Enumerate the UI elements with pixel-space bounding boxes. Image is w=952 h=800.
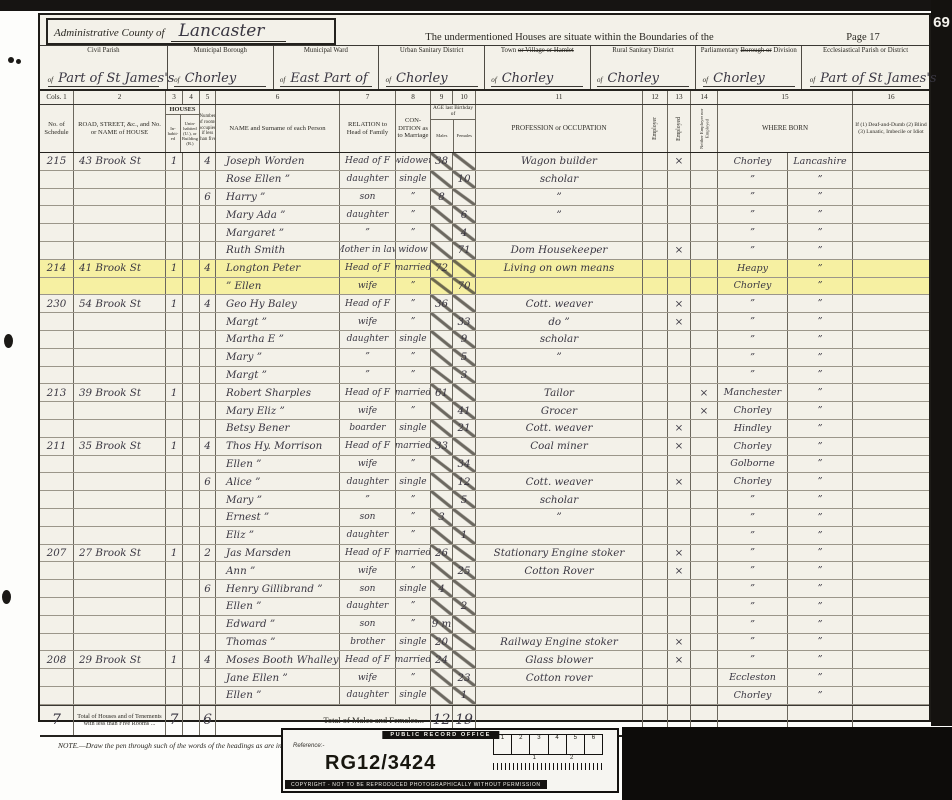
marital-condition: single [396,473,431,490]
houses-uninhabited [183,616,200,633]
houses-uninhabited [183,206,200,223]
address [74,242,166,259]
header-females: Females [454,120,476,152]
neither-mark [691,242,718,259]
houses-uninhabited [183,349,200,366]
header-inhabited: In-habit-ed [166,115,181,152]
person-name: Longton Peter [216,260,340,277]
person-name: Eliz ” [216,527,340,544]
houses-uninhabited [183,153,200,170]
relation-to-head: wife [340,456,396,473]
neither-mark [691,206,718,223]
person-name: Margt ” [216,367,340,384]
address [74,189,166,206]
relation-to-head: wife [340,669,396,686]
houses-inhabited: 1 [166,438,183,455]
houses-inhabited [166,402,183,419]
houses-uninhabited [183,224,200,241]
employed-mark [668,384,691,401]
born-place: ” [718,562,788,579]
census-row: Jane Ellen ” wife ” 23 Cotton rover Eccl… [40,669,929,687]
district-label: Rural Sanitary District [612,47,674,55]
header-rooms: Number of rooms occupied if less than fi… [200,105,216,152]
age-female: 12 [453,473,476,490]
born-county: ” [788,278,853,295]
houses-inhabited [166,242,183,259]
occupation: scholar [476,491,643,508]
born-place: Chorley [718,687,788,704]
address [74,509,166,526]
relation-to-head: Head of F [340,651,396,668]
census-row: Margt ” wife ” 33 do ” × ” ” [40,313,929,331]
district-label: Municipal Borough [194,47,247,55]
born-county: ” [788,313,853,330]
schedule-number [40,562,74,579]
age-female [453,580,476,597]
rooms-mark [200,402,216,419]
occupation: ” [476,349,643,366]
census-row: 6 Alice ” daughter single 12 Cott. weave… [40,473,929,491]
person-name: Alice ” [216,473,340,490]
born-county: ” [788,634,853,651]
age-female: 6 [453,206,476,223]
address [74,278,166,295]
marital-condition: ” [396,224,431,241]
employed-mark [668,527,691,544]
born-place: Heapy [718,260,788,277]
total-houses-label: Total of Houses and of Tenements with le… [74,706,166,735]
footer-note: NOTE.—Draw the pen through such of the w… [58,741,319,750]
relation-to-head: son [340,580,396,597]
census-row: Ernest ” son ” 3 ” ” ” [40,509,929,527]
schedule-number [40,206,74,223]
houses-inhabited [166,616,183,633]
neither-mark [691,687,718,704]
rooms-mark [200,669,216,686]
age-female: 2 [453,598,476,615]
person-name: Ernest ” [216,509,340,526]
born-county: ” [788,545,853,562]
employed-mark [668,509,691,526]
relation-to-head: brother [340,634,396,651]
rooms-mark: 4 [200,651,216,668]
rooms-mark [200,562,216,579]
age-female: 3 [453,367,476,384]
address: 43 Brook St [74,153,166,170]
employed-mark: × [668,420,691,437]
schedule-number [40,402,74,419]
employed-mark [668,278,691,295]
born-county: ” [788,456,853,473]
employer-mark [643,527,668,544]
schedule-number: 215 [40,153,74,170]
person-name: Mary Eliz ” [216,402,340,419]
census-row: Rose Ellen ” daughter single 10 scholar … [40,171,929,189]
occupation: Dom Housekeeper [476,242,643,259]
film-edge-top [0,0,952,11]
infirmity-entry [853,384,929,401]
neither-mark [691,438,718,455]
address [74,562,166,579]
marital-condition: ” [396,295,431,312]
marital-condition: ” [396,189,431,206]
person-name: Rose Ellen ” [216,171,340,188]
infirmity-entry [853,189,929,206]
houses-uninhabited [183,278,200,295]
houses-uninhabited [183,420,200,437]
address [74,473,166,490]
neither-mark [691,616,718,633]
rooms-mark [200,598,216,615]
born-place: ” [718,509,788,526]
binder-hole [16,59,21,64]
born-place: Chorley [718,473,788,490]
born-place: Manchester [718,384,788,401]
houses-inhabited [166,473,183,490]
born-place: ” [718,171,788,188]
address: 41 Brook St [74,260,166,277]
age-male: 26 [431,545,453,562]
person-name: Ellen ” [216,598,340,615]
infirmity-entry [853,634,929,651]
age-male: 24 [431,651,453,668]
occupation [476,687,643,704]
houses-uninhabited [183,509,200,526]
district-value: ofChorley [703,71,795,87]
employer-mark [643,669,668,686]
address [74,598,166,615]
census-row: Margaret ” ” ” 4 ” ” [40,224,929,242]
address: 39 Brook St [74,384,166,401]
district-value: ofChorley [491,71,583,87]
houses-inhabited: 1 [166,260,183,277]
employer-mark [643,331,668,348]
age-female: 5 [453,491,476,508]
rooms-mark [200,616,216,633]
census-row: Mary ” ” ” 5 scholar ” ” [40,491,929,509]
marital-condition: married [396,651,431,668]
census-row: Martha E ” daughter single 9 scholar ” ” [40,331,929,349]
column-headers: No. of Schedule ROAD, STREET, &c., and N… [40,105,929,153]
infirmity-entry [853,562,929,579]
infirmity-entry [853,545,929,562]
relation-to-head: Head of F [340,545,396,562]
employer-mark [643,562,668,579]
neither-mark: × [691,402,718,419]
age-female: 10 [453,171,476,188]
employed-mark: × [668,651,691,668]
born-county: ” [788,260,853,277]
rooms-mark [200,278,216,295]
age-male [431,456,453,473]
born-county: ” [788,651,853,668]
born-county: ” [788,402,853,419]
employed-mark [668,206,691,223]
neither-mark [691,295,718,312]
houses-uninhabited [183,687,200,704]
census-rows: 215 43 Brook St 1 4 Joseph Worden Head o… [40,153,929,705]
relation-to-head: Head of F [340,260,396,277]
employed-mark [668,171,691,188]
marital-condition: single [396,171,431,188]
employer-mark [643,295,668,312]
marital-condition: ” [396,616,431,633]
census-row: Margt ” ” ” 3 ” ” [40,367,929,385]
admin-header: Administrative County of Lancaster The u… [40,15,929,45]
born-place: ” [718,224,788,241]
employer-mark [643,224,668,241]
person-name: Martha E ” [216,331,340,348]
schedule-number [40,527,74,544]
born-county: Lancashire [788,153,853,170]
age-female: 21 [453,420,476,437]
born-place: Chorley [718,438,788,455]
employer-mark [643,456,668,473]
marital-condition: ” [396,527,431,544]
houses-uninhabited [183,367,200,384]
infirmity-entry [853,438,929,455]
born-place: ” [718,206,788,223]
header-relation: RELATION to Head of Family [340,105,396,152]
houses-inhabited: 1 [166,153,183,170]
census-row: 6 Henry Gillibrand ” son single 4 ” ” [40,580,929,598]
neither-mark [691,367,718,384]
schedule-number: 207 [40,545,74,562]
schedule-number [40,242,74,259]
schedule-number [40,420,74,437]
district-cell: Civil Parish ofPart of St James's [40,46,168,89]
born-county: ” [788,242,853,259]
person-name: Joseph Worden [216,153,340,170]
houses-inhabited: 1 [166,295,183,312]
address [74,171,166,188]
person-name: Thomas ” [216,634,340,651]
marital-condition: widow [396,242,431,259]
page-number: Page 17 [803,32,923,45]
ruler-cm: 1 2 [493,754,603,771]
houses-uninhabited [183,562,200,579]
houses-inhabited [166,491,183,508]
infirmity-entry [853,616,929,633]
rooms-mark [200,171,216,188]
occupation [476,456,643,473]
age-male: 3 [431,509,453,526]
occupation [476,367,643,384]
born-county: ” [788,491,853,508]
occupation: Grocer [476,402,643,419]
age-male: 4 [431,580,453,597]
district-cell: Municipal Borough ofChorley [168,46,274,89]
district-value: ofChorley [597,71,689,87]
houses-uninhabited [183,260,200,277]
neither-mark [691,669,718,686]
infirmity-entry [853,420,929,437]
houses-inhabited [166,171,183,188]
houses-inhabited [166,278,183,295]
district-value: ofPart of St James's [810,71,922,87]
born-place: ” [718,651,788,668]
occupation: ” [476,206,643,223]
total-schedules: 7 [40,706,74,735]
marital-condition: single [396,420,431,437]
houses-uninhabited [183,438,200,455]
age-female [453,153,476,170]
census-row: Ruth Smith Mother in law widow 71 Dom Ho… [40,242,929,260]
admin-county-value: Lancaster [171,21,287,42]
employed-mark [668,580,691,597]
neither-mark [691,224,718,241]
age-female [453,189,476,206]
born-place: Chorley [718,402,788,419]
houses-uninhabited [183,331,200,348]
relation-to-head: daughter [340,598,396,615]
person-name: Ellen ” [216,456,340,473]
rooms-mark [200,331,216,348]
infirmity-entry [853,171,929,188]
schedule-number [40,616,74,633]
born-place: ” [718,634,788,651]
age-male [431,331,453,348]
address [74,580,166,597]
district-cell: Town or Village or Hamlet ofChorley [485,46,591,89]
age-male [431,171,453,188]
person-name: Margaret ” [216,224,340,241]
copyright-notice: COPYRIGHT - NOT TO BE REPRODUCED PHOTOGR… [285,780,547,789]
address: 35 Brook St [74,438,166,455]
census-row: 211 35 Brook St 1 4 Thos Hy. Morrison He… [40,438,929,456]
born-county: ” [788,562,853,579]
age-male: 33 [431,438,453,455]
houses-uninhabited [183,651,200,668]
houses-inhabited [166,598,183,615]
marital-condition: ” [396,402,431,419]
schedule-number [40,349,74,366]
marital-condition: married [396,260,431,277]
houses-inhabited [166,669,183,686]
employer-mark [643,367,668,384]
marital-condition: married [396,384,431,401]
age-female: 41 [453,402,476,419]
relation-to-head: daughter [340,171,396,188]
infirmity-entry [853,456,929,473]
binder-hole [4,334,13,348]
district-value: ofChorley [174,71,266,87]
pro-office-label: PUBLIC RECORD OFFICE [382,731,499,739]
occupation: Coal miner [476,438,643,455]
employed-mark: × [668,313,691,330]
marital-condition: ” [396,367,431,384]
age-female: 1 [453,687,476,704]
born-county: ” [788,384,853,401]
census-row: Ann ” wife ” 25 Cotton Rover × ” ” [40,562,929,580]
employer-mark [643,189,668,206]
district-cell: Municipal Ward ofEast Part of [274,46,380,89]
born-place: ” [718,491,788,508]
schedule-number: 214 [40,260,74,277]
age-male [431,562,453,579]
houses-uninhabited [183,295,200,312]
neither-mark [691,456,718,473]
occupation: scholar [476,171,643,188]
employer-mark [643,313,668,330]
relation-to-head: ” [340,491,396,508]
address [74,349,166,366]
neither-mark [691,349,718,366]
marital-condition: married [396,438,431,455]
houses-inhabited [166,509,183,526]
occupation [476,224,643,241]
relation-to-head: Head of F [340,384,396,401]
houses-uninhabited [183,242,200,259]
houses-inhabited: 1 [166,384,183,401]
district-value: ofPart of St James's [48,71,160,87]
employer-mark [643,278,668,295]
address: 27 Brook St [74,545,166,562]
employer-mark [643,598,668,615]
header-condition: CON-DITION as to Marriage [396,105,431,152]
age-male [431,367,453,384]
header-road: ROAD, STREET, &c., and No. or NAME of HO… [74,105,166,152]
employer-mark [643,491,668,508]
address [74,367,166,384]
header-employed: Employed [668,105,691,152]
address [74,634,166,651]
district-label: Municipal Ward [304,47,348,55]
header-neither: Neither Employer nor Employed [691,105,718,152]
header-born: WHERE BORN [718,105,853,152]
houses-uninhabited [183,580,200,597]
born-place: ” [718,580,788,597]
header-houses: HOUSES In-habit-ed Unin-habited (U.), or… [166,105,200,152]
address: 29 Brook St [74,651,166,668]
employed-mark [668,260,691,277]
occupation: scholar [476,331,643,348]
marital-condition: widower [396,153,431,170]
rooms-mark: 4 [200,438,216,455]
boundaries-line: The undermentioned Houses are situate wi… [336,32,803,45]
age-male [431,687,453,704]
neither-mark [691,545,718,562]
rooms-mark [200,491,216,508]
occupation [476,598,643,615]
rooms-mark [200,349,216,366]
marital-condition: ” [396,278,431,295]
age-female: 23 [453,669,476,686]
age-female [453,295,476,312]
occupation: Living on own means [476,260,643,277]
born-place: ” [718,242,788,259]
neither-mark [691,313,718,330]
occupation: Tailor [476,384,643,401]
infirmity-entry [853,278,929,295]
houses-inhabited: 1 [166,545,183,562]
rooms-mark [200,242,216,259]
born-place: ” [718,598,788,615]
born-place: ” [718,367,788,384]
age-male: 61 [431,384,453,401]
born-county: ” [788,616,853,633]
houses-inhabited [166,331,183,348]
district-label: Parliamentary Borough or Division [701,47,797,55]
born-place: ” [718,295,788,312]
infirmity-entry [853,295,929,312]
age-male [431,206,453,223]
header-name: NAME and Surname of each Person [216,105,340,152]
census-row: Thomas ” brother single 20 Railway Engin… [40,634,929,652]
neither-mark [691,580,718,597]
houses-uninhabited [183,189,200,206]
reference-label: Reference:- [293,743,324,749]
